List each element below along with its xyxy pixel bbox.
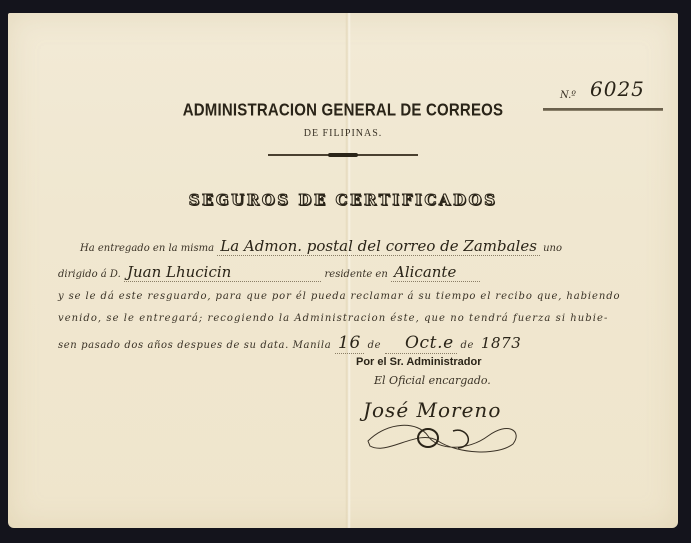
number-label: N.º <box>560 90 576 101</box>
line2-prefix: dirigido á D. <box>58 269 121 280</box>
line1-suffix: uno <box>543 243 562 254</box>
date-month: Oct.e <box>385 333 457 354</box>
line2-handwritten: Juan Lhucicin <box>124 263 321 282</box>
line2-place: Alicante <box>391 263 480 282</box>
line5-prefix: sen pasado dos años despues de su data. … <box>58 340 331 351</box>
signature-flourish-icon <box>358 416 528 456</box>
ornamental-rule <box>268 154 418 156</box>
date-day: 16 <box>335 333 364 354</box>
signer-heading: Por el Sr. Administrador <box>356 356 482 368</box>
document-title: ADMINISTRACION GENERAL DE CORREOS <box>8 101 678 121</box>
date-year: 1873 <box>478 334 525 352</box>
body-line-2: dirigido á D. Juan Lhucicin residente en… <box>8 263 678 281</box>
section-title: SEGUROS DE CERTIFICADOS <box>8 191 678 209</box>
body-line-3: y se le dá este resguardo, para que por … <box>8 291 678 302</box>
body-line-5: sen pasado dos años despues de su data. … <box>8 333 678 353</box>
date-de-1: de <box>368 340 382 351</box>
certificate-document: N.º 6025 ADMINISTRACION GENERAL DE CORRE… <box>8 13 678 528</box>
number-value: 6025 <box>590 77 645 101</box>
line1-prefix: Ha entregado en la misma <box>80 243 214 254</box>
body-line-4: venido, se le entregará; recogiendo la A… <box>8 313 678 324</box>
line2-middle: residente en <box>325 269 388 280</box>
document-subtitle: DE FILIPINAS. <box>8 128 678 139</box>
signer-role: El Oficial encargado. <box>374 374 491 387</box>
date-de-2: de <box>461 340 475 351</box>
line1-handwritten: La Admon. postal del correo de Zambales <box>217 237 540 256</box>
body-line-1: Ha entregado en la misma La Admon. posta… <box>8 237 678 255</box>
